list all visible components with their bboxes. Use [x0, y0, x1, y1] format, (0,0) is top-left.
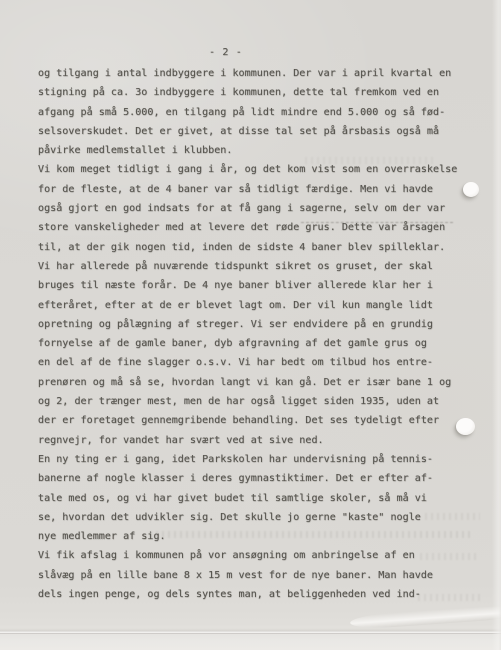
text-line: og 2, der trænger mest, men de har også …	[38, 392, 468, 411]
text-line: prenøren og må så se, hvordan langt vi k…	[38, 373, 468, 392]
text-line: se, hvordan det udvikler sig. Det skulle…	[38, 508, 468, 527]
paper-smudge	[425, 513, 480, 520]
typewriter-underline-mark	[301, 222, 453, 223]
text-line: regnvejr, for vandet har svært ved at si…	[38, 431, 468, 450]
hole-punch-bottom	[456, 418, 475, 435]
text-line: til, at der gik nogen tid, inden de sids…	[38, 238, 468, 257]
text-line: dels ingen penge, og dels syntes man, at…	[38, 585, 468, 604]
paper-edge-highlight	[492, 0, 501, 650]
text-line: også gjort en god indsats for at få gang…	[38, 199, 468, 218]
paper-crease-bottom	[0, 628, 501, 634]
text-line: afgang på små 5.000, en tilgang på lidt …	[38, 103, 468, 122]
text-line: selsoverskudet. Det er givet, at disse t…	[38, 122, 468, 141]
text-line: der er foretaget gennemgribende behandli…	[38, 411, 468, 430]
paper-smudge	[305, 157, 435, 164]
text-line: Vi fik afslag i kommunen på vor ansøgnin…	[38, 546, 468, 565]
scanned-document-page: - 2 - og tilgang i antal indbyggere i ko…	[0, 0, 501, 650]
text-line: opretning og pålægning af streger. Vi se…	[38, 315, 468, 334]
typewritten-text-block: og tilgang i antal indbyggere i kommunen…	[38, 64, 468, 604]
hole-punch-top	[463, 182, 479, 197]
text-line: en del af de fine slagger o.s.v. Vi har …	[38, 353, 468, 372]
paper-smudge	[418, 594, 484, 601]
text-line: for de fleste, at de 4 baner var så tidl…	[38, 180, 468, 199]
page-number: - 2 -	[209, 47, 242, 58]
text-line: tale med os, og vi har givet budet til s…	[38, 489, 468, 508]
text-line: En ny ting er i gang, idet Parkskolen ha…	[38, 450, 468, 469]
text-line: slåvæg på en lille bane 8 x 15 m vest fo…	[38, 566, 468, 585]
text-line: banerne af nogle klasser i deres gymnast…	[38, 469, 468, 488]
text-line: og tilgang i antal indbyggere i kommunen…	[38, 64, 468, 83]
text-line: efteråret, efter at de er blevet lagt om…	[38, 296, 468, 315]
text-line: fornyelse af de gamle baner, dyb afgravn…	[38, 334, 468, 353]
text-line: Vi har allerede på nuværende tidspunkt s…	[38, 257, 468, 276]
paper-smudge	[420, 553, 478, 560]
paper-smudge	[150, 531, 470, 538]
paper-crease-diagonal	[350, 604, 501, 630]
text-line: bruges til næste forår. De 4 nye baner b…	[38, 276, 468, 295]
text-line: stigning på ca. 3o indbyggere i kommunen…	[38, 83, 468, 102]
